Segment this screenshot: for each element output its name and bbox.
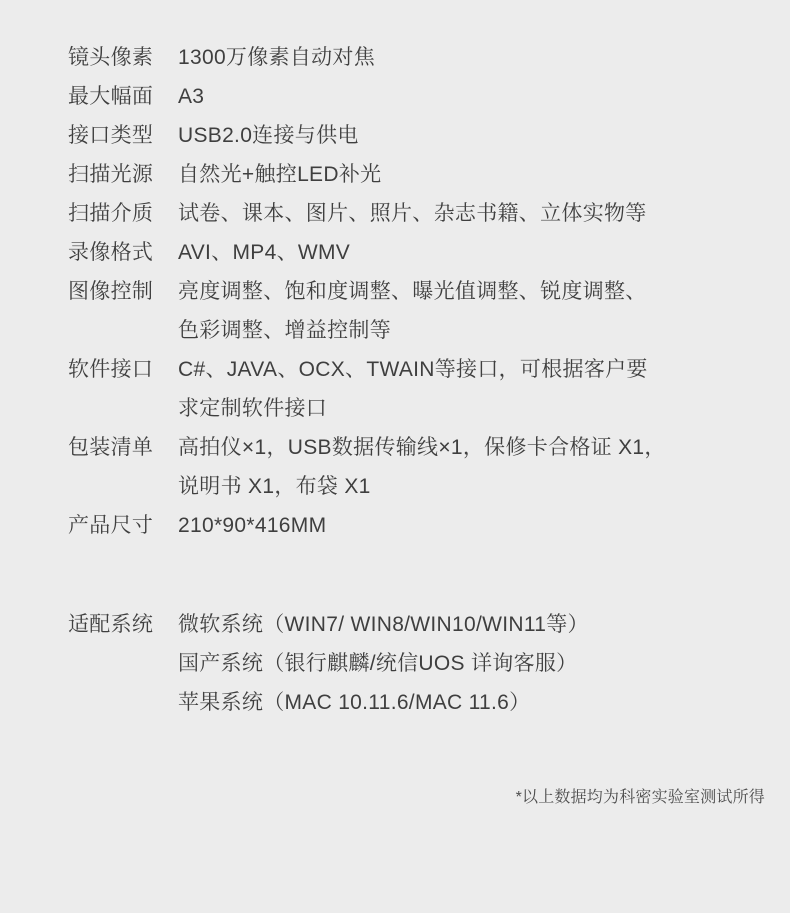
spec-row-label: 图像控制: [68, 272, 178, 311]
spec-row: 包装清单 高拍仪×1，USB数据传输线×1，保修卡合格证 X1， 说明书 X1，…: [68, 428, 765, 506]
compat-label: 适配系统: [68, 605, 178, 644]
spec-row-value: AVI、MP4、WMV: [178, 233, 765, 272]
spec-row-label: 镜头像素: [68, 38, 178, 77]
compat-section: 适配系统 微软系统（WIN7/ WIN8/WIN10/WIN11等） 国产系统（…: [68, 605, 765, 722]
spec-row: 镜头像素 1300万像素自动对焦: [68, 38, 765, 77]
spec-row-value: USB2.0连接与供电: [178, 116, 765, 155]
spec-row-value: 自然光+触控LED补光: [178, 155, 765, 194]
spec-row-value: 亮度调整、饱和度调整、曝光值调整、锐度调整、 色彩调整、增益控制等: [178, 272, 765, 350]
spec-row-label: 扫描光源: [68, 155, 178, 194]
spec-row-value: 1300万像素自动对焦: [178, 38, 765, 77]
spec-row-value: A3: [178, 77, 765, 116]
compat-lines: 微软系统（WIN7/ WIN8/WIN10/WIN11等） 国产系统（银行麒麟/…: [178, 605, 765, 722]
spec-row: 扫描光源 自然光+触控LED补光: [68, 155, 765, 194]
spec-row-label: 接口类型: [68, 116, 178, 155]
spec-row: 软件接口 C#、JAVA、OCX、TWAIN等接口，可根据客户要 求定制软件接口: [68, 350, 765, 428]
spec-row: 最大幅面 A3: [68, 77, 765, 116]
spec-row-label: 扫描介质: [68, 194, 178, 233]
spec-row-value: 试卷、课本、图片、照片、杂志书籍、立体实物等: [178, 194, 765, 233]
spec-row-label: 录像格式: [68, 233, 178, 272]
spec-row-value: 210*90*416MM: [178, 506, 765, 545]
spec-row-value: C#、JAVA、OCX、TWAIN等接口，可根据客户要 求定制软件接口: [178, 350, 765, 428]
spec-row-label: 包装清单: [68, 428, 178, 467]
spec-row-label: 软件接口: [68, 350, 178, 389]
spec-row: 图像控制 亮度调整、饱和度调整、曝光值调整、锐度调整、 色彩调整、增益控制等: [68, 272, 765, 350]
product-spec-page: 镜头像素 1300万像素自动对焦 最大幅面 A3 接口类型 USB2.0连接与供…: [0, 0, 790, 913]
spec-row: 产品尺寸 210*90*416MM: [68, 506, 765, 545]
footnote-text: *以上数据均为科密实验室测试所得: [68, 786, 765, 810]
spec-row: 扫描介质 试卷、课本、图片、照片、杂志书籍、立体实物等: [68, 194, 765, 233]
spec-row-label: 产品尺寸: [68, 506, 178, 545]
spec-row: 录像格式 AVI、MP4、WMV: [68, 233, 765, 272]
spec-row: 接口类型 USB2.0连接与供电: [68, 116, 765, 155]
spec-content: 镜头像素 1300万像素自动对焦 最大幅面 A3 接口类型 USB2.0连接与供…: [0, 0, 790, 810]
spec-table: 镜头像素 1300万像素自动对焦 最大幅面 A3 接口类型 USB2.0连接与供…: [68, 38, 765, 545]
spec-row-label: 最大幅面: [68, 77, 178, 116]
spec-row-value: 高拍仪×1，USB数据传输线×1，保修卡合格证 X1， 说明书 X1，布袋 X1: [178, 428, 765, 506]
